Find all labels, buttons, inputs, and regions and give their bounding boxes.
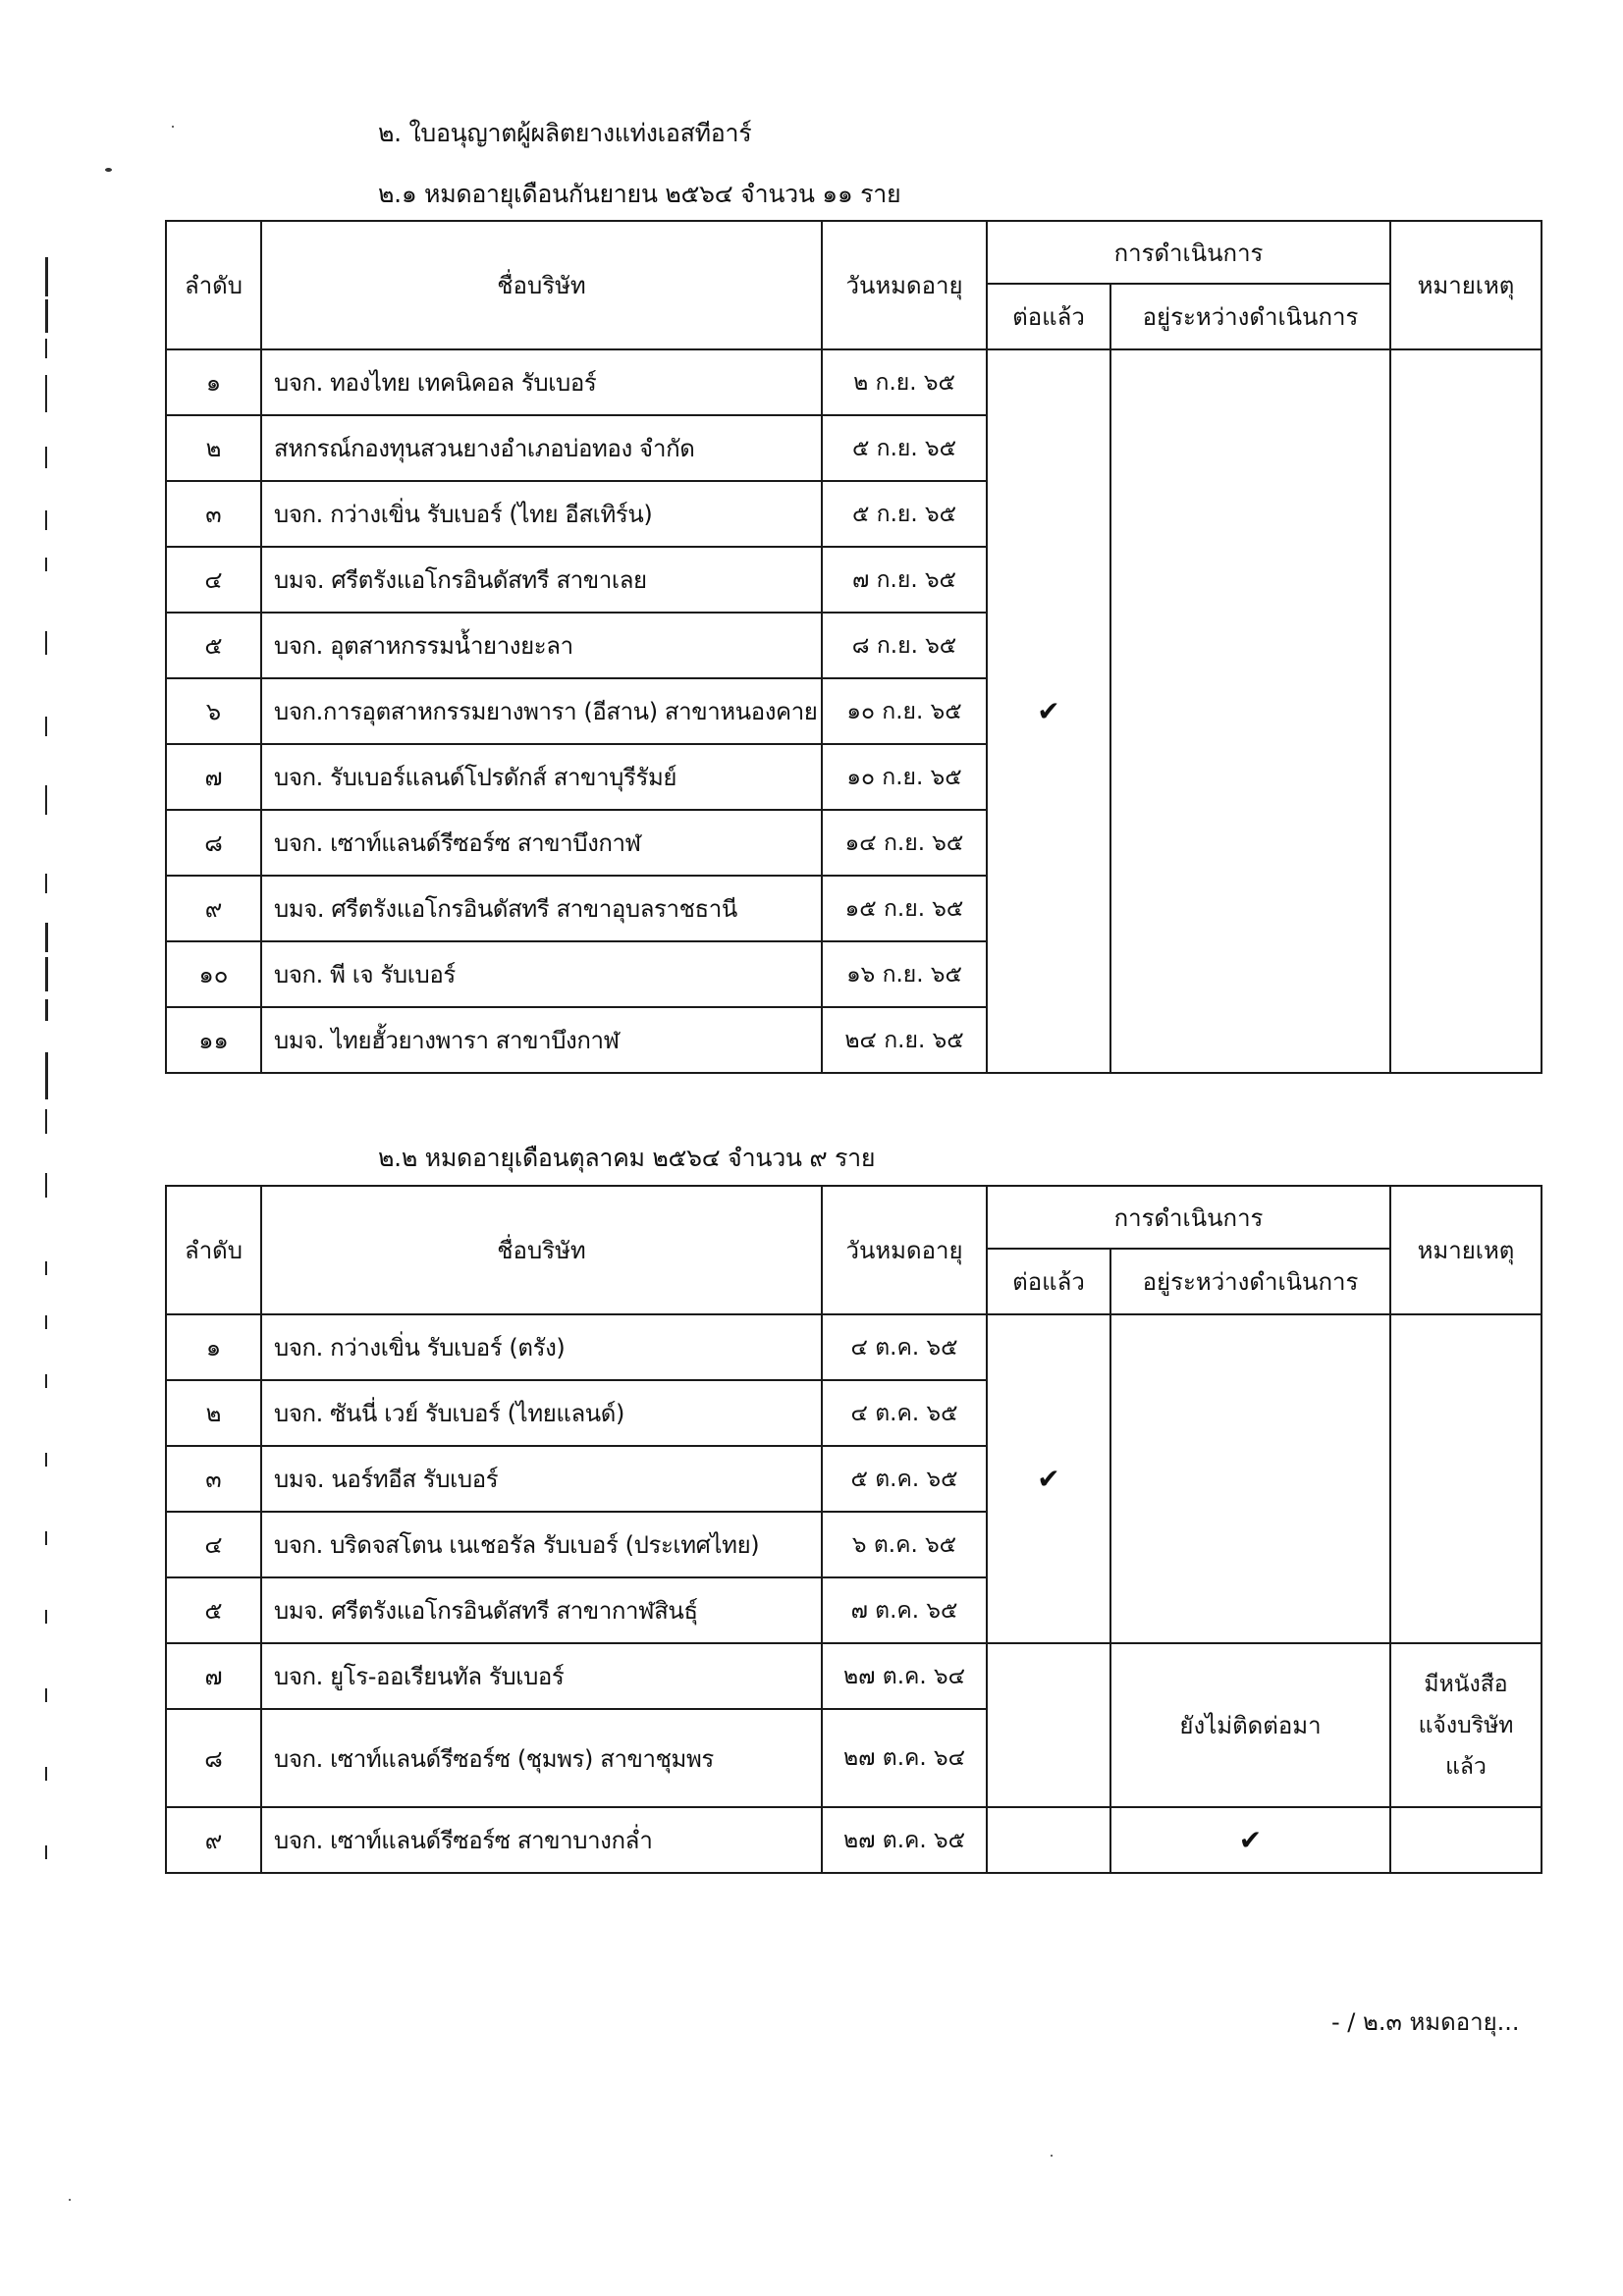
col-header-remarks: หมายเหตุ [1390,221,1542,349]
company-name: บจก. เซาท์แลนด์รีซอร์ซ สาขาบางกล่ำ [261,1807,822,1873]
company-name: บจก. ยูโร-ออเรียนทัล รับเบอร์ [261,1643,822,1709]
company-name: บจก. อุตสาหกรรมน้ำยางยะลา [261,613,822,678]
row-number: ๘ [166,1709,261,1807]
col-header-expiry: วันหมดอายุ [822,1186,987,1314]
row-number: ๔ [166,547,261,613]
col-header-in-progress: อยู่ระหว่างดำเนินการ [1110,1249,1390,1314]
expiry-date: ๒ ก.ย. ๖๕ [822,349,987,415]
table-row: ๑บจก. ทองไทย เทคนิคอล รับเบอร์๒ ก.ย. ๖๕✔ [166,349,1542,415]
row-number: ๙ [166,1807,261,1873]
expiry-date: ๑๕ ก.ย. ๖๕ [822,876,987,941]
row-number: ๕ [166,613,261,678]
company-name: บจก. เซาท์แลนด์รีซอร์ซ (ชุมพร) สาขาชุมพร [261,1709,822,1807]
remarks-cell [1390,1314,1542,1643]
col-header-company: ชื่อบริษัท [261,221,822,349]
expiry-date: ๒๗ ต.ค. ๖๔ [822,1709,987,1807]
company-name: บมจ. ไทยฮั้วยางพารา สาขาบึงกาฬ [261,1007,822,1073]
company-name: บจก. ซันนี่ เวย์ รับเบอร์ (ไทยแลนด์) [261,1380,822,1446]
expiry-date: ๒๗ ต.ค. ๖๕ [822,1807,987,1873]
company-name: สหกรณ์กองทุนสวนยางอำเภอบ่อทอง จำกัด [261,415,822,481]
row-number: ๑ [166,1314,261,1380]
row-number: ๗ [166,744,261,810]
col-header-in-progress: อยู่ระหว่างดำเนินการ [1110,284,1390,349]
expiry-date: ๘ ก.ย. ๖๕ [822,613,987,678]
row-number: ๘ [166,810,261,876]
col-header-renewed: ต่อแล้ว [987,284,1110,349]
company-name: บจก. บริดจสโตน เนเชอรัล รับเบอร์ (ประเทศ… [261,1512,822,1577]
check-icon: ✔ [1239,1824,1262,1856]
renewed-cell [987,1643,1110,1807]
row-number: ๙ [166,876,261,941]
expiry-date: ๒๗ ต.ค. ๖๔ [822,1643,987,1709]
col-header-remarks: หมายเหตุ [1390,1186,1542,1314]
renewed-cell: ✔ [987,349,1110,1073]
company-name: บจก.การอุตสาหกรรมยางพารา (อีสาน) สาขาหนอ… [261,678,822,744]
col-header-no: ลำดับ [166,221,261,349]
col-header-expiry: วันหมดอายุ [822,221,987,349]
remarks-note: มีหนังสือแจ้งบริษัทแล้ว [1390,1643,1542,1807]
expiry-date: ๕ ก.ย. ๖๕ [822,481,987,547]
expiry-date: ๑๐ ก.ย. ๖๕ [822,744,987,810]
company-name: บจก. รับเบอร์แลนด์โปรดักส์ สาขาบุรีรัมย์ [261,744,822,810]
row-number: ๖ [166,678,261,744]
in-progress-cell [1110,349,1390,1073]
row-number: ๕ [166,1577,261,1643]
expiry-date: ๗ ต.ค. ๖๕ [822,1577,987,1643]
row-number: ๓ [166,481,261,547]
company-name: บจก. เซาท์แลนด์รีซอร์ซ สาขาบึงกาฬ [261,810,822,876]
company-name: บมจ. นอร์ทอีส รับเบอร์ [261,1446,822,1512]
expiry-date: ๔ ต.ค. ๖๕ [822,1314,987,1380]
license-table-september: ลำดับ ชื่อบริษัท วันหมดอายุ การดำเนินการ… [165,220,1542,1074]
remarks-note-line: แล้ว [1391,1746,1541,1788]
company-name: บจก. พี เจ รับเบอร์ [261,941,822,1007]
check-icon: ✔ [1037,1463,1059,1495]
row-number: ๑๑ [166,1007,261,1073]
company-name: บมจ. ศรีตรังแอโกรอินดัสทรี สาขาอุบลราชธา… [261,876,822,941]
col-header-action-group: การดำเนินการ [987,1186,1390,1249]
company-name: บจก. กว่างเขิ่น รับเบอร์ (ไทย อีสเทิร์น) [261,481,822,547]
col-header-no: ลำดับ [166,1186,261,1314]
check-icon: ✔ [1037,695,1059,727]
company-name: บมจ. ศรีตรังแอโกรอินดัสทรี สาขากาฬสินธุ์ [261,1577,822,1643]
col-header-company: ชื่อบริษัท [261,1186,822,1314]
in-progress-status: ยังไม่ติดต่อมา [1110,1643,1390,1807]
expiry-date: ๕ ก.ย. ๖๕ [822,415,987,481]
company-name: บจก. กว่างเขิ่น รับเบอร์ (ตรัง) [261,1314,822,1380]
table-row: ๗บจก. ยูโร-ออเรียนทัล รับเบอร์๒๗ ต.ค. ๖๔… [166,1643,1542,1709]
company-name: บมจ. ศรีตรังแอโกรอินดัสทรี สาขาเลย [261,547,822,613]
row-number: ๗ [166,1643,261,1709]
section-title: ๒. ใบอนุญาตผู้ผลิตยางแท่งเอสทีอาร์ [378,114,751,153]
remarks-cell [1390,1807,1542,1873]
expiry-date: ๗ ก.ย. ๖๕ [822,547,987,613]
row-number: ๒ [166,415,261,481]
table2-title: ๒.๒ หมดอายุเดือนตุลาคม ๒๕๖๔ จำนวน ๙ ราย [378,1139,875,1178]
expiry-date: ๔ ต.ค. ๖๕ [822,1380,987,1446]
renewed-cell: ✔ [987,1314,1110,1643]
table-row: ๑บจก. กว่างเขิ่น รับเบอร์ (ตรัง)๔ ต.ค. ๖… [166,1314,1542,1380]
row-number: ๑๐ [166,941,261,1007]
expiry-date: ๕ ต.ค. ๖๕ [822,1446,987,1512]
table1-title: ๒.๑ หมดอายุเดือนกันยายน ๒๕๖๔ จำนวน ๑๑ รา… [378,175,900,214]
in-progress-cell [1110,1314,1390,1643]
col-header-renewed: ต่อแล้ว [987,1249,1110,1314]
expiry-date: ๑๐ ก.ย. ๖๕ [822,678,987,744]
license-table-october: ลำดับ ชื่อบริษัท วันหมดอายุ การดำเนินการ… [165,1185,1542,1874]
row-number: ๑ [166,349,261,415]
expiry-date: ๖ ต.ค. ๖๕ [822,1512,987,1577]
remarks-note-line: มีหนังสือ [1391,1664,1541,1705]
continuation-note: - / ๒.๓ หมดอายุ... [1331,2002,1520,2041]
renewed-cell [987,1807,1110,1873]
expiry-date: ๑๔ ก.ย. ๖๕ [822,810,987,876]
col-header-action-group: การดำเนินการ [987,221,1390,284]
company-name: บจก. ทองไทย เทคนิคอล รับเบอร์ [261,349,822,415]
remarks-note-line: แจ้งบริษัท [1391,1705,1541,1746]
expiry-date: ๒๔ ก.ย. ๖๕ [822,1007,987,1073]
table-row: ๙บจก. เซาท์แลนด์รีซอร์ซ สาขาบางกล่ำ๒๗ ต.… [166,1807,1542,1873]
row-number: ๒ [166,1380,261,1446]
row-number: ๔ [166,1512,261,1577]
row-number: ๓ [166,1446,261,1512]
in-progress-cell: ✔ [1110,1807,1390,1873]
remarks-cell [1390,349,1542,1073]
expiry-date: ๑๖ ก.ย. ๖๕ [822,941,987,1007]
